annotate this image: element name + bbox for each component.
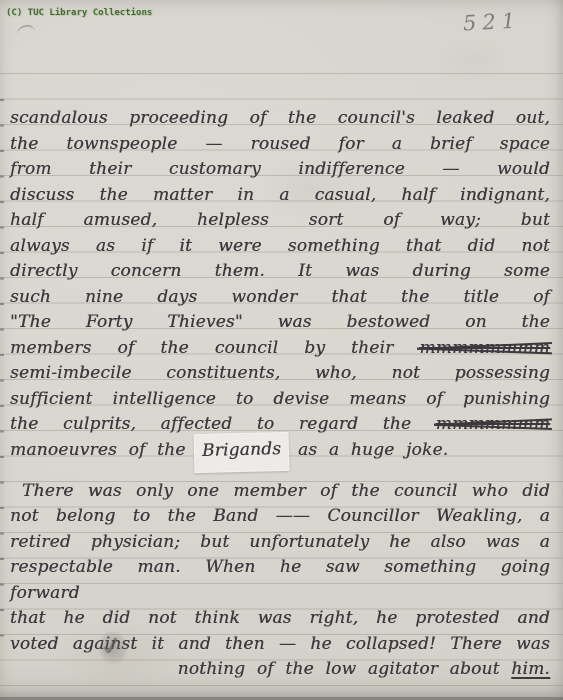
handwritten-text: "The Forty Thieves" was bestowed on the (10, 312, 550, 332)
manuscript-line: There was only one member of the council… (10, 479, 550, 505)
handwritten-text: retired physician; but unfortunately he … (10, 532, 550, 552)
page-number: 521 (462, 8, 521, 35)
manuscript-line: "The Forty Thieves" was bestowed on the (10, 310, 550, 336)
manuscript-line: from their customary indifference — woul… (10, 157, 550, 183)
manuscript-line: directly concern them. It was during som… (10, 259, 550, 285)
pencil-smudge (98, 631, 128, 664)
manuscript-line: voted against it and then — he collapsed… (10, 632, 550, 658)
handwritten-text: not belong to the Band —— Councillor Wea… (10, 506, 550, 526)
handwritten-text: half amused, helpless sort of way; but (10, 210, 550, 230)
manuscript-line: not belong to the Band —— Councillor Wea… (10, 504, 550, 530)
pencil-squiggle (16, 24, 36, 35)
handwritten-text: always as if it were something that did … (10, 236, 550, 256)
manuscript-line: respectable man. When he saw something g… (10, 555, 550, 606)
handwritten-text: directly concern them. It was during som… (10, 261, 550, 281)
manuscript-line: discuss the matter in a casual, half ind… (10, 183, 550, 209)
handwritten-text: manoeuvres of the (10, 440, 197, 460)
handwritten-text: scandalous proceeding of the council's l… (10, 108, 550, 128)
manuscript-line: half amused, helpless sort of way; but (10, 208, 550, 234)
handwritten-text: sufficient intelligence to devise means … (10, 389, 550, 409)
manuscript-line: the townspeople — roused for a brief spa… (10, 132, 550, 158)
manuscript-line: sufficient intelligence to devise means … (10, 387, 550, 413)
rule-edge-ticks (0, 99, 4, 644)
handwritten-text: such nine days wonder that the title of (10, 287, 550, 307)
handwritten-text: the culprits, affected to regard the (10, 414, 436, 434)
handwritten-text: from their customary indifference — woul… (10, 159, 550, 179)
manuscript-text: scandalous proceeding of the council's l… (10, 106, 550, 683)
handwritten-text: nothing of the low agitator about (178, 659, 512, 679)
manuscript-line: such nine days wonder that the title of (10, 285, 550, 311)
manuscript-line: nothing of the low agitator about him. (10, 657, 550, 683)
paste-over-patch: Brigands (194, 431, 290, 472)
handwritten-text: There was only one member of the council… (22, 481, 550, 501)
manuscript-line: manoeuvres of the Brigands as a huge jok… (10, 438, 550, 464)
handwritten-text: that he did not think was right, he prot… (10, 608, 550, 628)
manuscript-line: retired physician; but unfortunately he … (10, 530, 550, 556)
underlined-word: him. (511, 659, 550, 679)
manuscript-line: always as if it were something that did … (10, 234, 550, 260)
handwritten-text: discuss the matter in a casual, half ind… (10, 185, 550, 205)
scribbled-out-word: mmmmmmm (436, 414, 550, 434)
handwritten-text: voted against it and then — he collapsed… (10, 634, 550, 654)
manuscript-line: members of the council by their mmmmmmmm (10, 336, 550, 362)
handwritten-text: respectable man. When he saw something g… (10, 557, 550, 603)
manuscript-page: (C) TUC Library Collections 521 scandalo… (0, 0, 563, 700)
manuscript-line: semi-imbecile constituents, who, not pos… (10, 361, 550, 387)
handwritten-text: the townspeople — roused for a brief spa… (10, 134, 550, 154)
copyright-watermark: (C) TUC Library Collections (6, 8, 152, 18)
scribbled-out-word: mmmmmmmm (419, 338, 550, 358)
paragraph: scandalous proceeding of the council's l… (10, 106, 550, 463)
handwritten-text: semi-imbecile constituents, who, not pos… (10, 363, 550, 383)
paragraph: There was only one member of the council… (10, 479, 550, 683)
manuscript-line: scandalous proceeding of the council's l… (10, 106, 550, 132)
handwritten-text: members of the council by their (10, 338, 419, 358)
manuscript-line: that he did not think was right, he prot… (10, 606, 550, 632)
handwritten-text: as a huge joke. (286, 440, 448, 460)
